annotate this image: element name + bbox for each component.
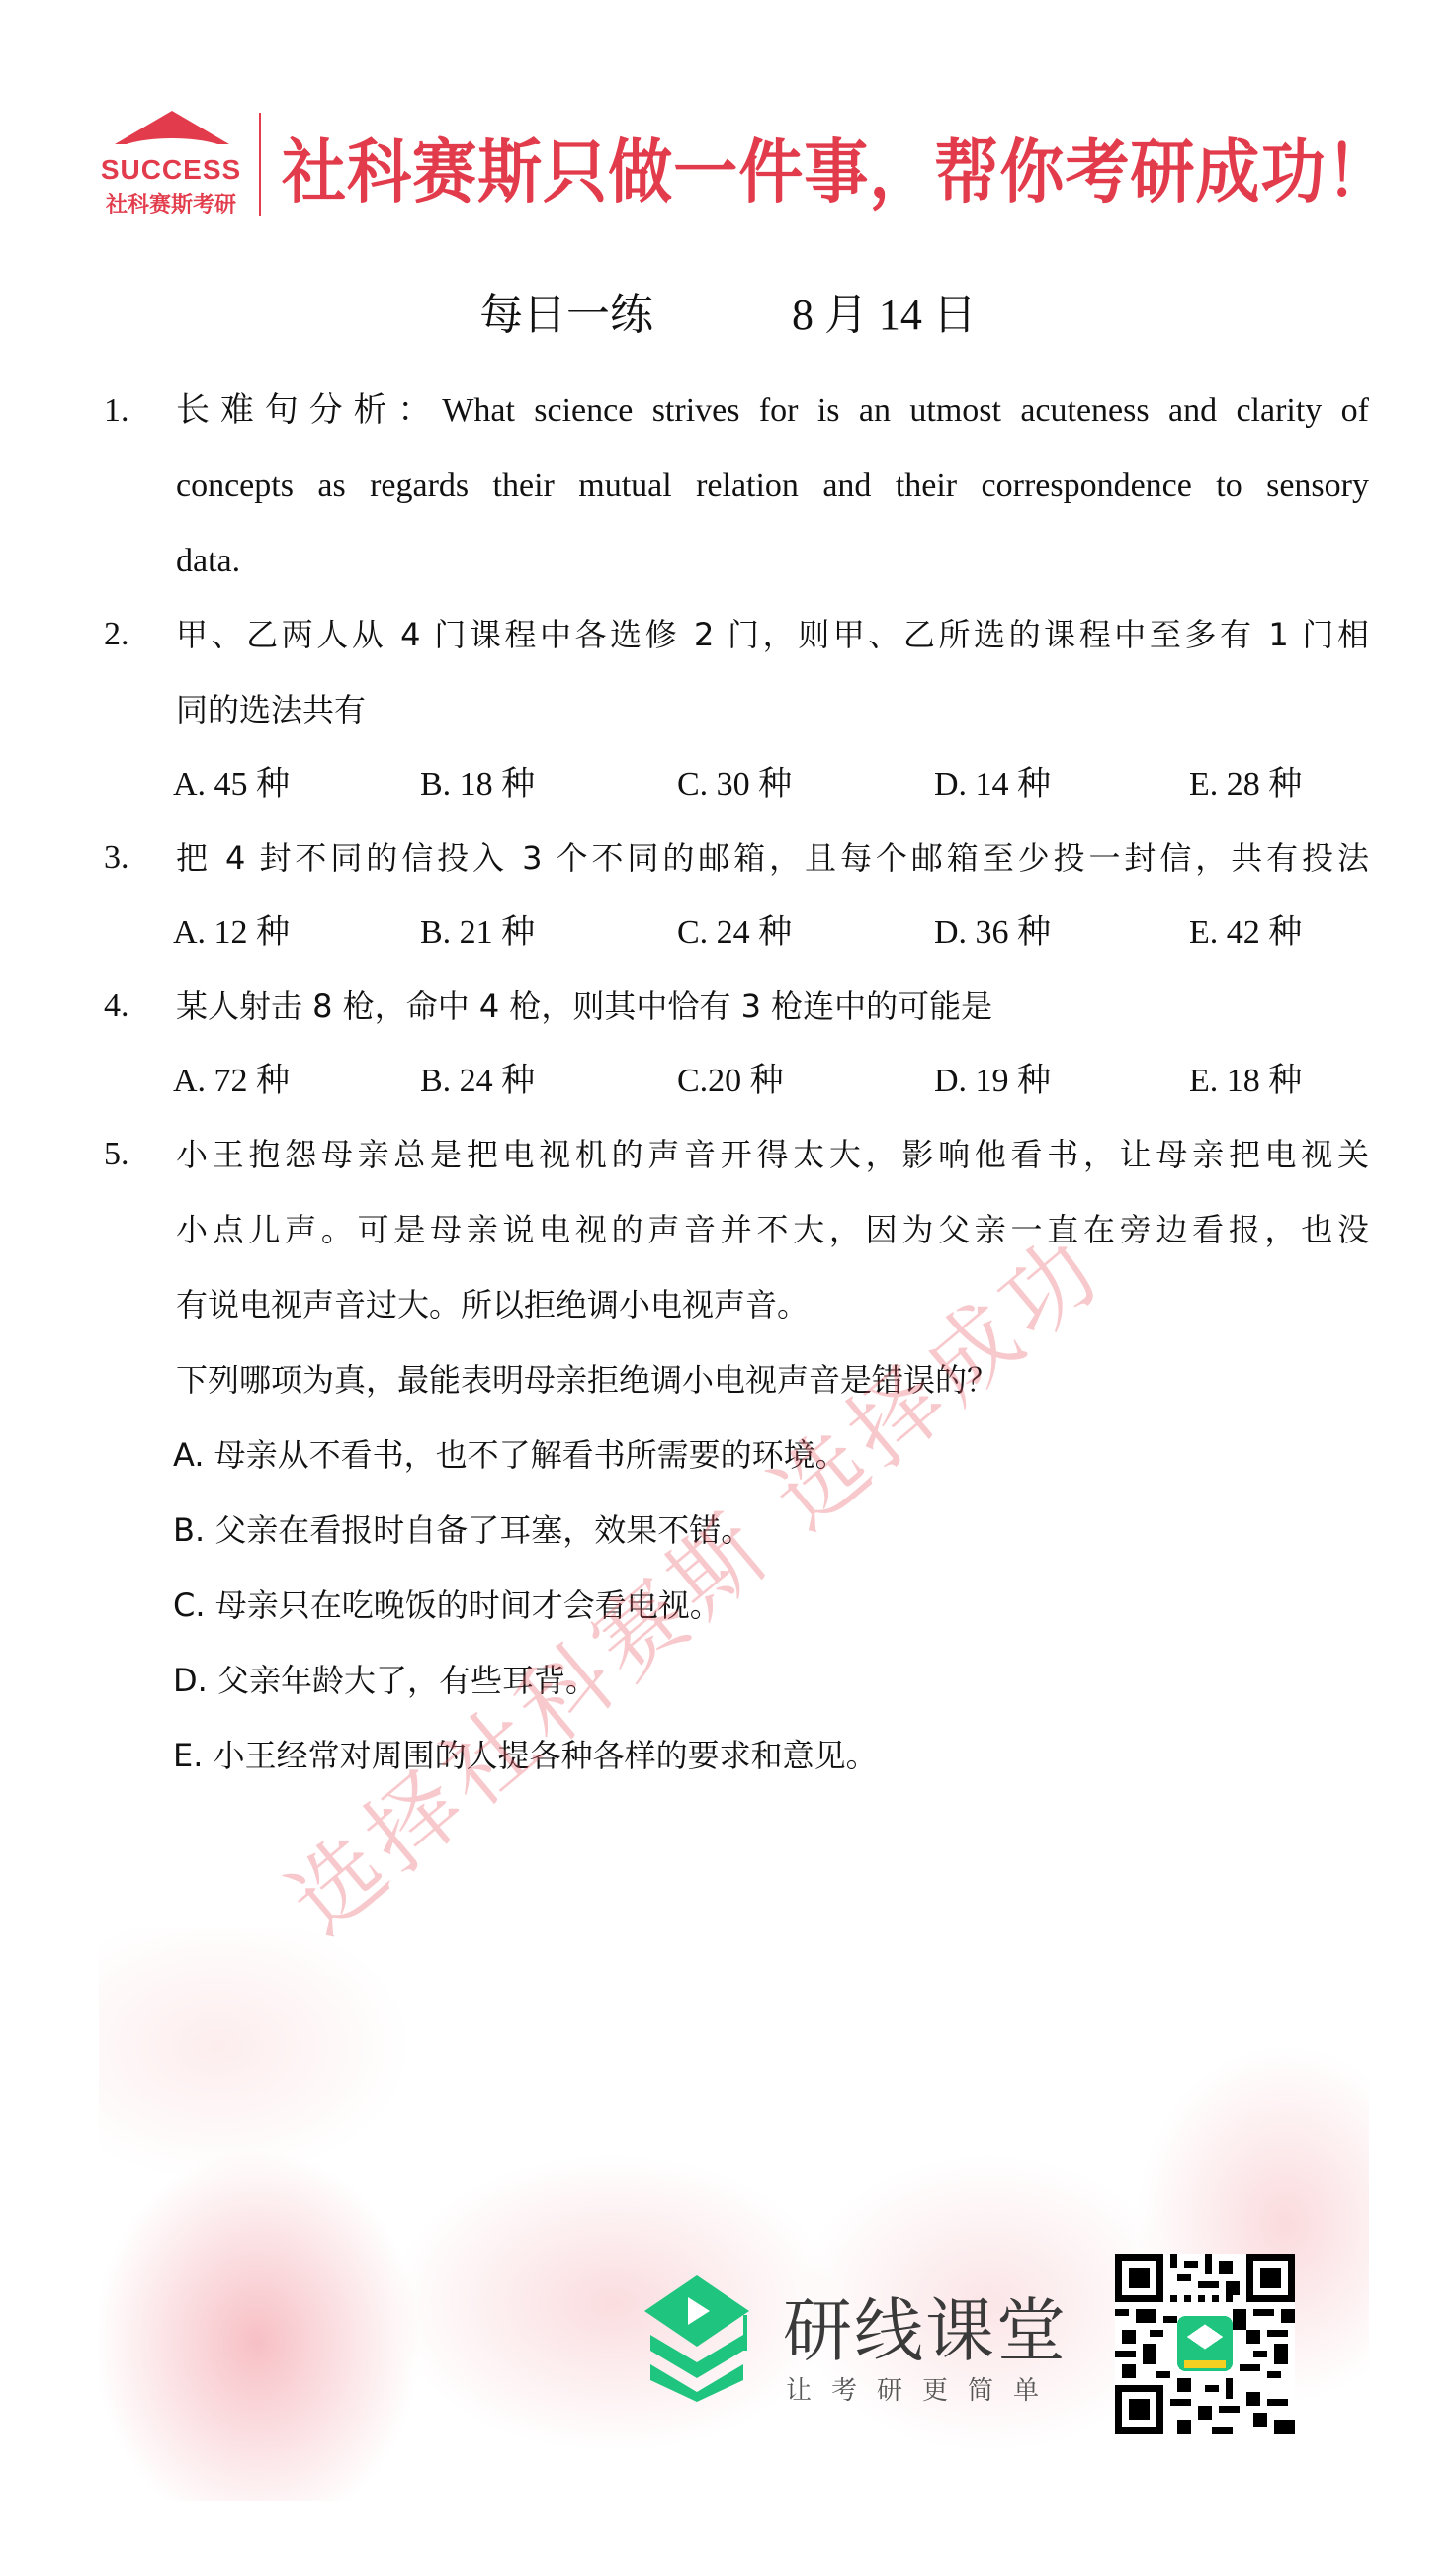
question-2-line: 同的选法共有 (176, 690, 366, 729)
question-5-line: 小王抱怨母亲总是把电视机的声音开得太大，影响他看书，让母亲把电视关 (176, 1135, 1369, 1174)
question-5-option-a: A. 母亲从不看书，也不了解看书所需要的环境。 (173, 1435, 847, 1475)
question-4-option-e: E. 18 种 (1189, 1062, 1302, 1101)
question-3-option-c: C. 24 种 (677, 913, 792, 953)
question-3-option-a: A. 12 种 (173, 913, 290, 953)
question-1-line: 长难句分析：What science strives for is an utm… (176, 391, 1369, 431)
question-2-option-b: B. 18 种 (420, 765, 535, 805)
brand-name: 研线课堂 (783, 2275, 1068, 2375)
question-5-number: 5. (104, 1135, 129, 1174)
question-5-option-e: E. 小王经常对周围的人提各种各样的要求和意见。 (173, 1736, 878, 1775)
question-5-option-d: D. 父亲年龄大了，有些耳背。 (173, 1661, 597, 1700)
question-4-option-c: C.20 种 (677, 1062, 784, 1101)
question-3-option-d: D. 36 种 (934, 913, 1051, 953)
question-5-prompt: 下列哪项为真，最能表明母亲拒绝调小电视声音是错误的？ (176, 1360, 998, 1400)
question-1-line: concepts as regards their mutual relatio… (176, 467, 1369, 506)
question-5-line: 有说电视声音过大。所以拒绝调小电视声音。 (176, 1285, 809, 1325)
success-logo: SUCCESS 社科赛斯考研 (97, 111, 245, 219)
title-date: 8 月 14 日 (792, 291, 977, 339)
page-title: 每日一练 8 月 14 日 (0, 279, 1456, 342)
header-slogan: 社科赛斯只做一件事，帮你考研成功！ (282, 117, 1392, 216)
question-5-line: 小点儿声。可是母亲说电视的声音并不大，因为父亲一直在旁边看报，也没 (176, 1210, 1369, 1249)
question-3-option-b: B. 21 种 (420, 913, 535, 953)
question-4-option-b: B. 24 种 (420, 1062, 535, 1101)
question-2-option-d: D. 14 种 (934, 765, 1051, 805)
question-2-option-c: C. 30 种 (677, 765, 792, 805)
question-4-line: 某人射击 8 枪，命中 4 枪，则其中恰有 3 枪连中的可能是 (176, 986, 992, 1026)
question-2-line: 甲、乙两人从 4 门课程中各选修 2 门，则甲、乙所选的课程中至多有 1 门相 (176, 615, 1369, 654)
question-3-number: 3. (104, 838, 129, 878)
question-4-option-a: A. 72 种 (173, 1062, 290, 1101)
header-divider (259, 113, 261, 216)
question-4-option-d: D. 19 种 (934, 1062, 1051, 1101)
title-label: 每日一练 (479, 290, 653, 340)
question-3-option-e: E. 42 种 (1189, 913, 1302, 953)
question-1-line: data. (176, 542, 240, 581)
logo-cn-text: 社科赛斯考研 (97, 188, 245, 218)
question-2-number: 2. (104, 615, 129, 654)
question-2-option-a: A. 45 种 (173, 765, 290, 805)
question-5-option-c: C. 母亲只在吃晚饭的时间才会看电视。 (173, 1585, 722, 1625)
question-1-number: 1. (104, 391, 129, 431)
question-3-line: 把 4 封不同的信投入 3 个不同的邮箱，且每个邮箱至少投一封信，共有投法 (176, 838, 1369, 878)
brand-tagline: 让考研更简单 (786, 2370, 1059, 2407)
question-2-option-e: E. 28 种 (1189, 765, 1302, 805)
yanxian-logo-icon (642, 2273, 751, 2402)
qr-code (1115, 2254, 1295, 2434)
question-4-number: 4. (104, 986, 129, 1026)
logo-success-text: SUCCESS (97, 154, 245, 186)
question-5-option-b: B. 父亲在看报时自备了耳塞，效果不错。 (173, 1510, 752, 1550)
